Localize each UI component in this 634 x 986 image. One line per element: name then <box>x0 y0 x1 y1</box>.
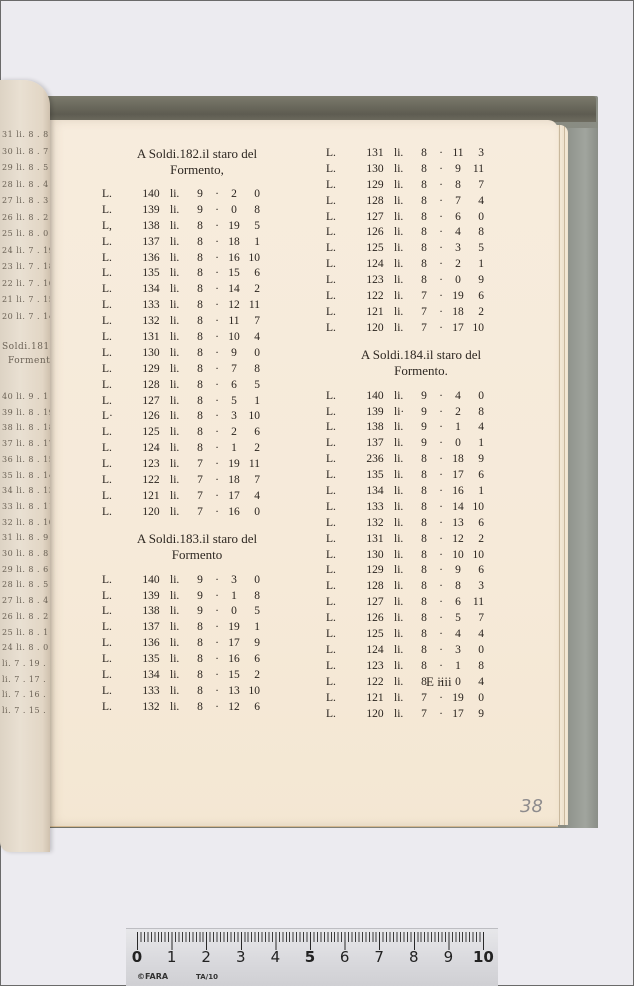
ruler-brand: ©FARA <box>137 972 168 981</box>
cell-l: L. <box>326 595 356 611</box>
cell-c: 11 <box>240 298 260 314</box>
cell-l: L. <box>326 389 356 405</box>
cell-l: L. <box>326 659 356 675</box>
cell-l: L. <box>102 251 132 267</box>
cell-li: li. <box>170 604 194 620</box>
cell-li: li· <box>394 405 418 421</box>
cell-li: li. <box>170 620 194 636</box>
table-row: L.133li.8·1410 <box>326 500 516 516</box>
ruler-label: 7 <box>369 948 389 966</box>
cell-l: L. <box>326 484 356 500</box>
cell-a: 8 <box>418 468 430 484</box>
cell-li: li. <box>170 441 194 457</box>
table-row: L.136li.8·179 <box>102 636 292 652</box>
heading-line: Formento <box>102 547 292 563</box>
cell-n: 123 <box>132 457 170 473</box>
cell-a: 8 <box>194 409 206 425</box>
cell-l: L. <box>326 210 356 226</box>
heading-line: A Soldi.183.il staro del <box>102 531 292 547</box>
cell-a: 8 <box>418 257 430 273</box>
cell-b: 15 <box>228 266 240 282</box>
cell-n: 135 <box>132 266 170 282</box>
cell-li: li. <box>170 282 194 298</box>
leaf-fragment-line: 26 li. 8 . 2 . <box>2 612 50 621</box>
cell-a: 8 <box>194 314 206 330</box>
table-row: L.137li.8·181 <box>102 235 292 251</box>
cell-li: li. <box>170 589 194 605</box>
cell-li: li. <box>394 468 418 484</box>
cell-a: 8 <box>418 659 430 675</box>
cell-li: li. <box>170 298 194 314</box>
cell-l: L. <box>326 532 356 548</box>
cell-c: 6 <box>240 425 260 441</box>
separator-dot: · <box>430 257 452 273</box>
cell-n: 122 <box>356 289 394 305</box>
separator-dot: · <box>206 441 228 457</box>
separator-dot: · <box>430 178 452 194</box>
cell-c: 8 <box>464 405 484 421</box>
separator-dot: · <box>430 405 452 421</box>
table-row: L.125li.8·44 <box>326 627 516 643</box>
separator-dot: · <box>206 409 228 425</box>
cell-li: li. <box>394 500 418 516</box>
cell-c: 7 <box>240 314 260 330</box>
cell-n: 124 <box>356 257 394 273</box>
cell-c: 2 <box>464 305 484 321</box>
cell-a: 7 <box>194 457 206 473</box>
cell-b: 4 <box>452 627 464 643</box>
table-row: L.129li.8·96 <box>326 563 516 579</box>
separator-dot: · <box>430 579 452 595</box>
leaf-heading: Formento. <box>8 356 50 366</box>
cell-l: L. <box>326 194 356 210</box>
cell-a: 7 <box>194 489 206 505</box>
separator-dot: · <box>430 210 452 226</box>
table-row: L.127li.8·51 <box>102 394 292 410</box>
cell-b: 0 <box>228 604 240 620</box>
cell-b: 16 <box>228 652 240 668</box>
table-row: L.132li.8·136 <box>326 516 516 532</box>
cell-li: li. <box>394 273 418 289</box>
cell-a: 8 <box>418 611 430 627</box>
cell-a: 9 <box>194 573 206 589</box>
cell-c: 2 <box>240 441 260 457</box>
cell-n: 138 <box>356 420 394 436</box>
separator-dot: · <box>206 457 228 473</box>
ruler-label: 6 <box>335 948 355 966</box>
separator-dot: · <box>430 162 452 178</box>
leaf-fragment-line: 24 li. 7 . 19 . <box>2 246 50 255</box>
separator-dot: · <box>206 489 228 505</box>
cell-l: L. <box>102 441 132 457</box>
separator-dot: · <box>206 473 228 489</box>
cell-n: 130 <box>356 162 394 178</box>
separator-dot: · <box>206 282 228 298</box>
cell-n: 127 <box>132 394 170 410</box>
cell-l: L. <box>326 707 356 723</box>
cell-c: 11 <box>240 457 260 473</box>
cell-li: li. <box>394 162 418 178</box>
cell-n: 125 <box>356 241 394 257</box>
cell-li: li. <box>394 643 418 659</box>
ruler-label: 3 <box>231 948 251 966</box>
cell-li: li. <box>170 187 194 203</box>
cell-l: L. <box>102 266 132 282</box>
cell-c: 4 <box>464 627 484 643</box>
cell-li: li. <box>170 652 194 668</box>
cell-l: L. <box>326 500 356 516</box>
leaf-fragment-line: 23 li. 7 . 18 . <box>2 262 50 271</box>
cell-n: 133 <box>132 684 170 700</box>
leaf-fragment-line: 31 li. 8 . 8 . <box>2 130 50 139</box>
table-row: L,138li.8·195 <box>102 219 292 235</box>
cell-li: li. <box>394 210 418 226</box>
cell-b: 13 <box>228 684 240 700</box>
cell-li: li. <box>394 707 418 723</box>
separator-dot: · <box>206 394 228 410</box>
separator-dot: · <box>206 346 228 362</box>
table-row: L.132li.8·117 <box>102 314 292 330</box>
separator-dot: · <box>206 251 228 267</box>
cell-a: 9 <box>418 420 430 436</box>
cell-l: L. <box>102 282 132 298</box>
separator-dot: · <box>206 668 228 684</box>
cell-b: 16 <box>228 251 240 267</box>
separator-dot: · <box>206 330 228 346</box>
cell-l: L. <box>326 691 356 707</box>
cell-n: 133 <box>132 298 170 314</box>
table-row: L.127li.8·611 <box>326 595 516 611</box>
leaf-fragment-line: li. 7 . 16 . <box>2 690 46 699</box>
cell-b: 9 <box>452 563 464 579</box>
separator-dot: · <box>430 241 452 257</box>
separator-dot: · <box>206 298 228 314</box>
cell-n: 131 <box>356 146 394 162</box>
cell-li: li. <box>394 225 418 241</box>
cell-n: 121 <box>356 691 394 707</box>
cell-a: 8 <box>194 298 206 314</box>
cell-c: 0 <box>464 389 484 405</box>
cell-li: li. <box>170 489 194 505</box>
cell-a: 8 <box>194 620 206 636</box>
cell-c: 1 <box>240 235 260 251</box>
table-row: L.140li.9·40 <box>326 389 516 405</box>
cell-li: li. <box>394 563 418 579</box>
separator-dot: · <box>206 636 228 652</box>
table-row: L.121li.7·190 <box>326 691 516 707</box>
cell-n: 124 <box>132 441 170 457</box>
separator-dot: · <box>430 532 452 548</box>
cell-n: 121 <box>132 489 170 505</box>
cell-b: 3 <box>228 573 240 589</box>
table-row: L.137li.8·191 <box>102 620 292 636</box>
cell-l: L. <box>102 573 132 589</box>
cell-b: 19 <box>452 289 464 305</box>
ruler-label: 0 <box>127 948 147 966</box>
cell-l: L. <box>326 452 356 468</box>
cell-c: 8 <box>240 203 260 219</box>
cell-a: 8 <box>418 500 430 516</box>
cell-b: 1 <box>452 659 464 675</box>
cell-a: 7 <box>418 321 430 337</box>
separator-dot: · <box>430 500 452 516</box>
cell-a: 7 <box>194 505 206 521</box>
cell-c: 4 <box>240 330 260 346</box>
cell-b: 6 <box>452 595 464 611</box>
leaf-fragment-line: 29 li. 8 . 6 . <box>2 565 50 574</box>
table-row: L.124li.8·12 <box>102 441 292 457</box>
cell-c: 9 <box>464 273 484 289</box>
cell-l: L. <box>326 241 356 257</box>
cell-l: L. <box>326 225 356 241</box>
cell-c: 10 <box>240 409 260 425</box>
cell-l: L. <box>326 563 356 579</box>
cell-b: 19 <box>228 219 240 235</box>
cell-c: 7 <box>240 473 260 489</box>
cell-li: li. <box>170 203 194 219</box>
table-row: L.128li.8·65 <box>102 378 292 394</box>
cell-a: 8 <box>418 484 430 500</box>
leaf-fragment-line: 28 li. 8 . 4 . <box>2 180 50 189</box>
table-row: L.121li.7·174 <box>102 489 292 505</box>
leaf-fragment-line: 31 li. 8 . 9 . <box>2 533 50 542</box>
cell-b: 1 <box>228 441 240 457</box>
separator-dot: · <box>206 362 228 378</box>
table-row: L.139li·9·28 <box>326 405 516 421</box>
table-182: L.140li.9·20L.139li.9·08L,138li.8·195L.1… <box>102 187 292 521</box>
cell-a: 8 <box>418 595 430 611</box>
cell-li: li. <box>170 346 194 362</box>
leaf-fragment-line: li. 7 . 15 . <box>2 706 46 715</box>
table-row: L.122li.7·187 <box>102 473 292 489</box>
cell-c: 8 <box>464 225 484 241</box>
cell-c: 5 <box>240 604 260 620</box>
separator-dot: · <box>430 289 452 305</box>
cell-b: 0 <box>228 203 240 219</box>
table-row: L.139li.9·08 <box>102 203 292 219</box>
cell-n: 139 <box>132 203 170 219</box>
separator-dot: · <box>430 595 452 611</box>
cell-li: li. <box>170 425 194 441</box>
table-row: L.131li.8·104 <box>102 330 292 346</box>
cell-li: li. <box>170 362 194 378</box>
cell-c: 5 <box>240 378 260 394</box>
cell-b: 3 <box>452 643 464 659</box>
cell-c: 0 <box>464 691 484 707</box>
cell-b: 14 <box>452 500 464 516</box>
cell-li: li. <box>394 579 418 595</box>
separator-dot: · <box>206 620 228 636</box>
cell-b: 17 <box>452 321 464 337</box>
cell-li: li. <box>394 289 418 305</box>
table-row: L.138li.9·14 <box>326 420 516 436</box>
cell-a: 8 <box>194 636 206 652</box>
ruler-label: 9 <box>438 948 458 966</box>
cell-a: 8 <box>418 516 430 532</box>
cell-l: L. <box>326 548 356 564</box>
cell-a: 8 <box>418 225 430 241</box>
cell-b: 13 <box>452 516 464 532</box>
cell-c: 0 <box>464 210 484 226</box>
cell-n: 140 <box>356 389 394 405</box>
cell-l: L. <box>102 203 132 219</box>
cell-a: 7 <box>418 691 430 707</box>
separator-dot: · <box>430 468 452 484</box>
cell-l: L. <box>102 700 132 716</box>
cell-a: 8 <box>194 330 206 346</box>
cell-l: L. <box>326 643 356 659</box>
table-row: L.128li.8·83 <box>326 579 516 595</box>
cell-n: 140 <box>132 187 170 203</box>
ruler-model: TA/10 <box>196 973 218 981</box>
cell-c: 0 <box>240 573 260 589</box>
cell-l: L. <box>326 146 356 162</box>
cell-li: li. <box>170 668 194 684</box>
cell-n: 120 <box>356 707 394 723</box>
cell-a: 9 <box>418 436 430 452</box>
cell-l: L. <box>326 289 356 305</box>
cell-b: 19 <box>228 620 240 636</box>
cell-b: 6 <box>228 378 240 394</box>
table-row: L.125li.8·26 <box>102 425 292 441</box>
previous-page-curl: 31 li. 8 . 8 .30 li. 8 . 7 .29 li. 8 . 5… <box>0 80 50 852</box>
binding-wrapper-right <box>566 128 598 828</box>
right-column: L.131li.8·113L.130li.8·911L.129li.8·87L.… <box>326 146 516 722</box>
cell-li: li. <box>170 700 194 716</box>
cell-l: L. <box>102 362 132 378</box>
cell-c: 2 <box>240 282 260 298</box>
cell-l: L. <box>102 314 132 330</box>
cell-a: 8 <box>194 441 206 457</box>
cell-a: 8 <box>418 579 430 595</box>
separator-dot: · <box>430 146 452 162</box>
leaf-fragment-line: 29 li. 8 . 5 . <box>2 163 50 172</box>
leaf-fragment-line: 36 li. 8 . 15 <box>2 455 50 464</box>
separator-dot: · <box>430 452 452 468</box>
cell-l: L. <box>326 516 356 532</box>
cell-b: 0 <box>452 436 464 452</box>
cell-c: 9 <box>464 452 484 468</box>
cell-c: 8 <box>464 659 484 675</box>
separator-dot: · <box>430 389 452 405</box>
cell-b: 0 <box>452 675 464 691</box>
table-row: L.127li.8·60 <box>326 210 516 226</box>
cell-l: L. <box>102 620 132 636</box>
cell-a: 8 <box>418 627 430 643</box>
cell-c: 3 <box>464 146 484 162</box>
cell-l: L. <box>102 298 132 314</box>
cell-a: 7 <box>418 707 430 723</box>
table-184: L.140li.9·40L.139li·9·28L.138li.9·14L.13… <box>326 389 516 723</box>
table-row: L.122li.7·196 <box>326 289 516 305</box>
cell-l: L. <box>326 321 356 337</box>
cell-b: 9 <box>452 162 464 178</box>
cell-c: 11 <box>464 595 484 611</box>
cell-n: 122 <box>356 675 394 691</box>
cell-n: 122 <box>132 473 170 489</box>
heading-line: A Soldi.184.il staro del <box>326 347 516 363</box>
cell-c: 7 <box>464 611 484 627</box>
heading-line: Formento, <box>102 162 292 178</box>
cell-a: 9 <box>418 405 430 421</box>
table-heading-184: A Soldi.184.il staro del Formento. <box>326 347 516 379</box>
cell-c: 0 <box>464 643 484 659</box>
leaf-fragment-line: li. 7 . 17 . <box>2 675 46 684</box>
separator-dot: · <box>430 194 452 210</box>
cell-li: li. <box>170 394 194 410</box>
cell-li: li. <box>394 178 418 194</box>
separator-dot: · <box>430 516 452 532</box>
cell-c: 10 <box>464 548 484 564</box>
table-row: L.137li.9·01 <box>326 436 516 452</box>
table-row: L.124li.8·30 <box>326 643 516 659</box>
cell-a: 8 <box>194 378 206 394</box>
table-row: L.124li.8·21 <box>326 257 516 273</box>
cell-l: L. <box>102 394 132 410</box>
cell-c: 0 <box>240 187 260 203</box>
cell-n: 129 <box>132 362 170 378</box>
separator-dot: · <box>430 611 452 627</box>
cell-a: 8 <box>418 563 430 579</box>
cell-c: 9 <box>464 707 484 723</box>
cell-l: L. <box>326 405 356 421</box>
cell-b: 2 <box>452 257 464 273</box>
cell-l: L. <box>102 489 132 505</box>
separator-dot: · <box>206 378 228 394</box>
separator-dot: · <box>206 219 228 235</box>
separator-dot: · <box>430 321 452 337</box>
cell-b: 12 <box>452 532 464 548</box>
cell-li: li. <box>394 516 418 532</box>
cell-b: 11 <box>452 146 464 162</box>
cell-li: li. <box>170 219 194 235</box>
cell-b: 17 <box>228 489 240 505</box>
cell-n: 139 <box>356 405 394 421</box>
cell-n: 137 <box>132 235 170 251</box>
cell-b: 0 <box>452 273 464 289</box>
cell-a: 8 <box>418 452 430 468</box>
leaf-fragment-line: 25 li. 8 . 0 . <box>2 229 50 238</box>
cell-a: 9 <box>418 389 430 405</box>
cell-l: L. <box>326 436 356 452</box>
table-row: L.125li.8·35 <box>326 241 516 257</box>
leaf-fragment-line: 22 li. 7 . 16 . <box>2 279 50 288</box>
cell-c: 0 <box>240 346 260 362</box>
cell-b: 2 <box>228 425 240 441</box>
table-row: L.130li.8·90 <box>102 346 292 362</box>
cell-l: L. <box>102 425 132 441</box>
table-row: L.134li.8·142 <box>102 282 292 298</box>
cell-n: 136 <box>132 251 170 267</box>
cell-li: li. <box>394 484 418 500</box>
cell-c: 6 <box>464 563 484 579</box>
cell-n: 132 <box>132 700 170 716</box>
cell-b: 17 <box>228 636 240 652</box>
cell-a: 7 <box>194 473 206 489</box>
separator-dot: · <box>430 643 452 659</box>
cell-li: li. <box>170 330 194 346</box>
cell-n: 124 <box>356 643 394 659</box>
table-row: L.121li.7·182 <box>326 305 516 321</box>
cell-c: 8 <box>240 362 260 378</box>
cell-a: 8 <box>418 146 430 162</box>
cell-li: li. <box>394 420 418 436</box>
cell-b: 3 <box>228 409 240 425</box>
cell-li: li. <box>170 457 194 473</box>
cell-a: 9 <box>194 187 206 203</box>
table-row: L.133li.8·1310 <box>102 684 292 700</box>
cell-l: L. <box>326 468 356 484</box>
